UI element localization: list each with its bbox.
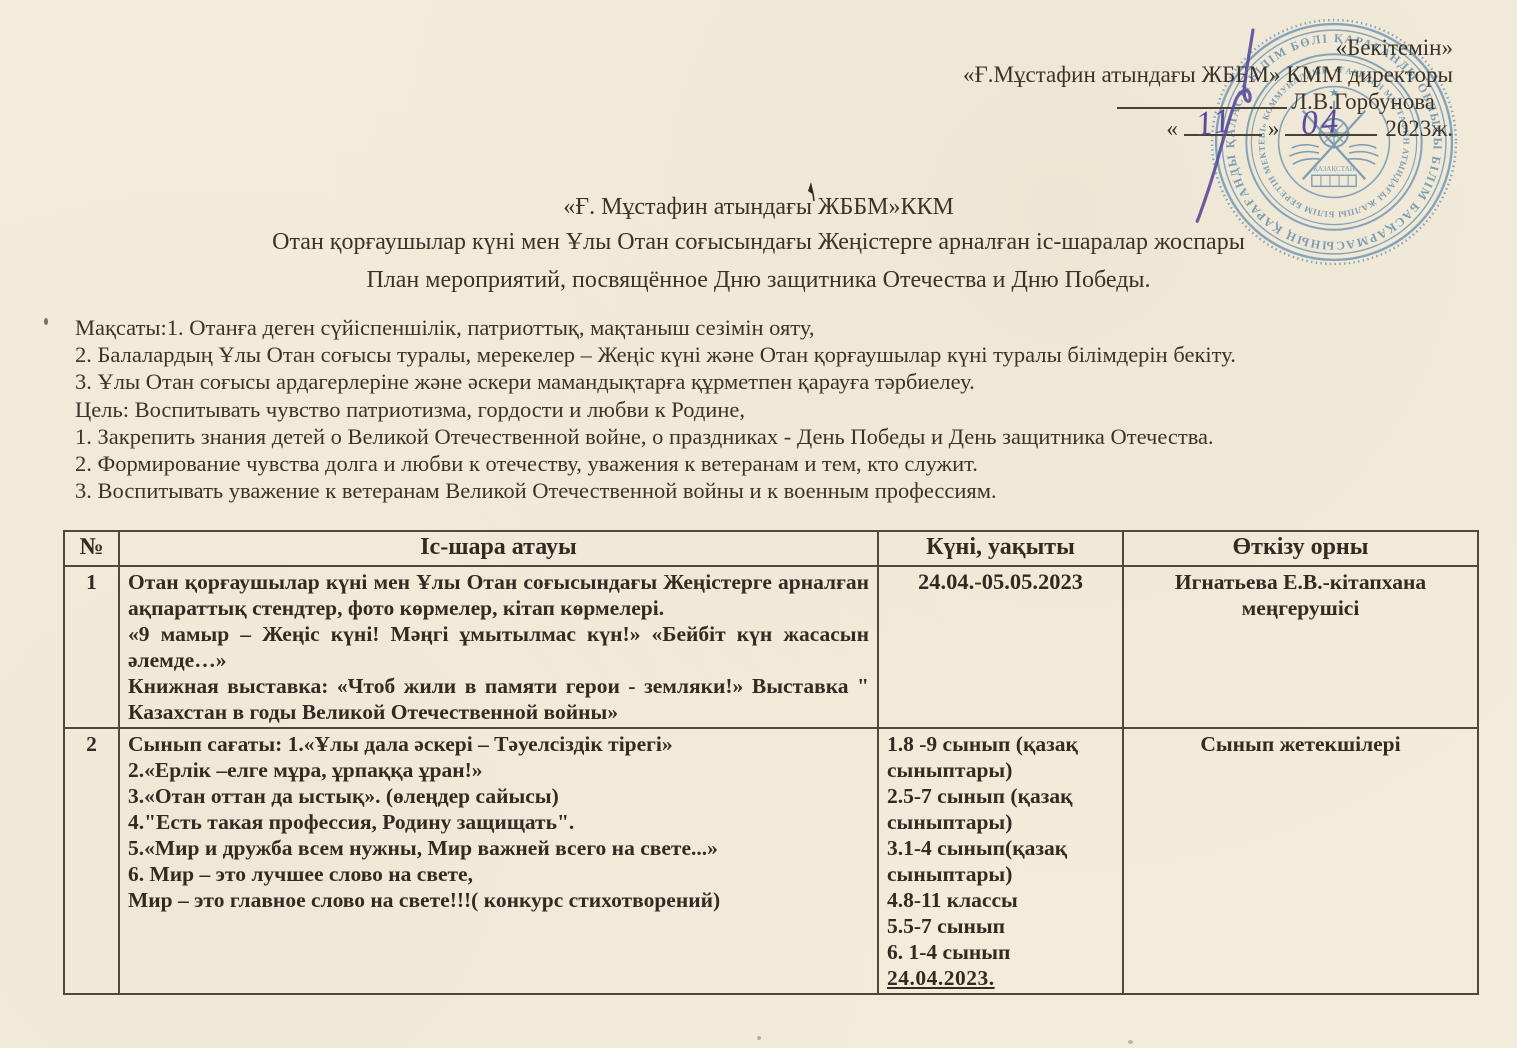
stamp-center-label: ҚАЗАҚСТАН [1313,165,1355,173]
ink-speck [757,1036,761,1040]
row1-activity-paragraph: Книжная выставка: «Чтоб жили в памяти ге… [128,673,869,725]
header-number: № [64,531,119,566]
header-activity: Іс-шара атауы [119,531,878,566]
row2-date-emphasis: 24.04.2023. [887,965,1114,991]
goal-line: Цель: Воспитывать чувство патриотизма, г… [75,396,1265,423]
goal-line: Мақсаты:1. Отанға деген сүйіспеншілік, п… [75,314,1265,341]
year-label: 2023ж. [1385,116,1453,141]
header-date: Күні, уақыты [878,531,1123,566]
plan-title-russian: План мероприятий, посвящённое Дню защитн… [0,266,1517,294]
row1-date: 24.04.-05.05.2023 [878,566,1123,728]
goal-line: 3. Ұлы Отан соғысы ардагерлеріне және әс… [75,368,1265,395]
row1-activity-paragraph: «9 мамыр – Жеңіс күні! Мәңгі ұмытылмас к… [128,621,869,673]
header-venue: Өткізу орны [1123,531,1478,566]
row2-venue: Сынып жетекшілері [1123,728,1478,994]
row2-date-lines: 1.8 -9 сынып (қазақ сыныптары) 2.5-7 сын… [887,731,1114,965]
scanned-document-page: ҚАРАҒАНДЫ ОБЛЫСЫ БІЛІМ БАСҚАРМАСЫНЫҢ ҚАР… [0,0,1517,1048]
row2-date: 1.8 -9 сынып (қазақ сыныптары) 2.5-7 сын… [878,728,1123,994]
row1-activity-paragraph: Отан қорғаушылар күні мен Ұлы Отан соғыс… [128,569,869,621]
goals-block: Мақсаты:1. Отанға деген сүйіспеншілік, п… [75,314,1265,504]
small-ink-tick-mark [804,181,818,203]
ink-speck [44,318,48,325]
date-month-blank-line: 04 [1285,116,1377,136]
events-plan-table: № Іс-шара атауы Күні, уақыты Өткізу орны… [63,530,1479,995]
row1-venue: Игнатьева Е.В.-кітапхана меңгерушісі [1123,566,1478,728]
row1-number: 1 [64,566,119,728]
goal-line: 2. Балалардың Ұлы Отан соғысы туралы, ме… [75,341,1265,368]
goal-line: 3. Воспитывать уважение к ветеранам Вели… [75,477,1265,504]
row1-activity: Отан қорғаушылар күні мен Ұлы Отан соғыс… [119,566,878,728]
handwritten-month: 04 [1300,105,1342,142]
goal-line: 1. Закрепить знания детей о Великой Отеч… [75,423,1265,450]
handwritten-signature [1175,22,1285,237]
goal-line: 2. Формирование чувства долга и любви к … [75,450,1265,477]
table-header-row: № Іс-шара атауы Күні, уақыты Өткізу орны [64,531,1478,566]
table-row: 2 Сынып сағаты: 1.«Ұлы дала әскері – Тәу… [64,728,1478,994]
table-row: 1 Отан қорғаушылар күні мен Ұлы Отан соғ… [64,566,1478,728]
row2-activity: Сынып сағаты: 1.«Ұлы дала әскері – Тәуел… [119,728,878,994]
row2-number: 2 [64,728,119,994]
ink-speck [1128,1040,1133,1044]
